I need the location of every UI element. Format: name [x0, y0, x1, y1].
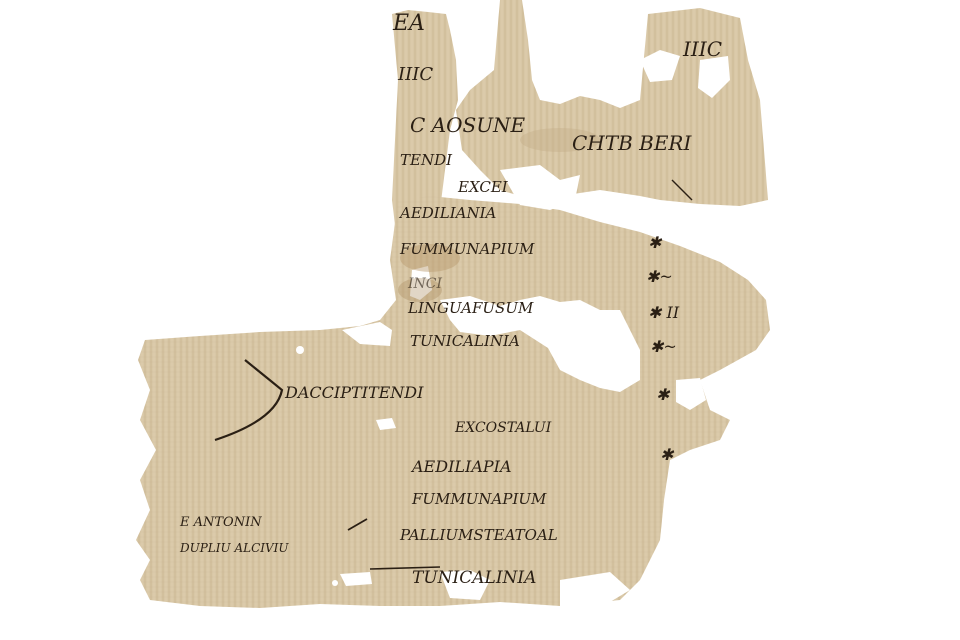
- ink-line: C AOSUNE: [410, 113, 526, 137]
- ink-line: FUMMUNAPIUM: [399, 240, 535, 258]
- asterisk-mark-icon: ✱: [660, 445, 675, 464]
- ink-line: LINGUAFUSUM: [407, 299, 534, 317]
- ink-line: FUMMUNAPIUM: [411, 490, 547, 508]
- ink-line: INCI: [407, 276, 442, 292]
- ink-line: EXCEI: [457, 178, 509, 196]
- ink-line: TENDI: [400, 151, 453, 169]
- ink-line: EA: [392, 11, 425, 36]
- photo-canvas: EA IIIC IIIC C AOSUNE CHTB BERI TENDI EX…: [0, 0, 960, 640]
- asterisk-mark-icon: ✱ II: [648, 303, 680, 322]
- ink-line: PALLIUMSTEATOAL: [399, 526, 558, 544]
- asterisk-mark-icon: ✱: [656, 385, 671, 404]
- papyrus-middle-strip: [456, 0, 768, 206]
- ink-line: AEDILIAPIA: [410, 457, 512, 476]
- ink-line: DUPLIU ALCIVIU: [179, 541, 289, 555]
- ink-line: IIIC: [397, 64, 433, 85]
- asterisk-mark-icon: ✱: [648, 233, 663, 252]
- ink-line: E ANTONIN: [179, 515, 262, 530]
- ink-line: AEDILIANIA: [398, 204, 497, 222]
- ink-line: CHTB BERI: [572, 131, 692, 155]
- ink-line: DACCIPTITENDI: [284, 383, 424, 402]
- ink-line: EXCOSTALUI: [454, 420, 552, 436]
- ink-line: TUNICALINIA: [412, 568, 536, 588]
- ink-line: TUNICALINIA: [410, 332, 520, 350]
- papyrus-fragment: EA IIIC IIIC C AOSUNE CHTB BERI TENDI EX…: [0, 0, 960, 640]
- asterisk-mark-icon: ✱~: [646, 267, 673, 286]
- ink-line: IIIC: [682, 37, 722, 61]
- asterisk-mark-icon: ✱~: [650, 337, 677, 356]
